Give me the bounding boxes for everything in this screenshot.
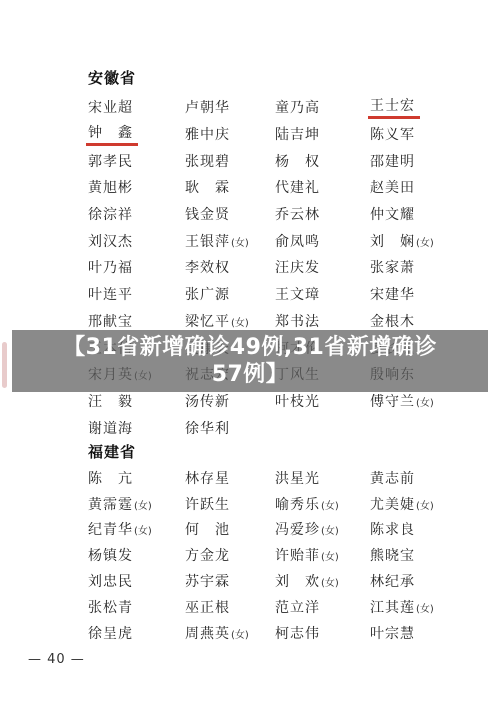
person-name: 宋业超	[88, 97, 133, 117]
person-name: 雅中庆	[185, 124, 230, 144]
name-cell: 梁忆平(女)	[185, 311, 275, 331]
name-cell: 陈求良	[370, 519, 500, 539]
document-page: 安徽省宋业超卢朝华童乃高王士宏钟 鑫雅中庆陆吉坤陈义军郭孝民张现碧杨 权邵建明黄…	[0, 0, 500, 714]
person-name: 黄旭彬	[88, 177, 133, 197]
person-name: 仲文耀	[370, 204, 415, 224]
name-cell: 王文璋	[275, 284, 370, 304]
name-cell: 徐呈虎	[88, 623, 185, 643]
table-row: 叶乃福李效权汪庆发张家萧	[0, 254, 500, 281]
female-marker: (女)	[321, 501, 339, 512]
female-marker: (女)	[231, 630, 249, 641]
person-name: 柯志伟	[275, 623, 320, 643]
name-cell: 徐淙祥	[88, 204, 185, 224]
table-row: 黄霈霆(女)许跃生喻秀乐(女)尤美婕(女)	[0, 491, 500, 517]
person-name: 赵美田	[370, 177, 415, 197]
person-name: 童乃高	[275, 97, 320, 117]
name-cell: 王士宏	[370, 95, 500, 119]
person-name: 钱金贤	[185, 204, 230, 224]
person-name: 汤传新	[185, 391, 230, 411]
table-row: 杨镇发方金龙许贻菲(女)熊晓宝	[0, 542, 500, 568]
person-name: 张广源	[185, 284, 230, 304]
name-cell: 赵美田	[370, 177, 500, 197]
name-cell: 方金龙	[185, 545, 275, 565]
person-name: 杨 权	[275, 151, 320, 171]
table-row: 刘汉杰王银萍(女)俞凤鸣刘 娴(女)	[0, 227, 500, 254]
person-name: 江其莲	[370, 597, 415, 617]
name-cell: 王银萍(女)	[185, 231, 275, 251]
person-name: 陆吉坤	[275, 124, 320, 144]
section-title: 安徽省	[88, 67, 136, 88]
person-name: 纪青华	[88, 519, 133, 539]
female-marker: (女)	[416, 398, 434, 409]
person-name: 叶枝光	[275, 391, 320, 411]
name-cell: 许跃生	[185, 494, 275, 514]
person-name: 钟 鑫	[86, 122, 138, 146]
name-cell: 范立洋	[275, 597, 370, 617]
name-cell: 刘 欢(女)	[275, 571, 370, 591]
name-cell: 叶枝光	[275, 391, 370, 411]
person-name: 刘 欢	[275, 571, 320, 591]
name-cell: 杨镇发	[88, 545, 185, 565]
person-name: 范立洋	[275, 597, 320, 617]
person-name: 陈 亢	[88, 468, 133, 488]
person-name: 邵建明	[370, 151, 415, 171]
name-cell: 黄志前	[370, 468, 500, 488]
person-name: 梁忆平	[185, 311, 230, 331]
name-cell: 金根木	[370, 311, 500, 331]
female-marker: (女)	[231, 238, 249, 249]
person-name: 叶宗慧	[370, 623, 415, 643]
name-cell: 苏宇霖	[185, 571, 275, 591]
section-title: 福建省	[88, 441, 136, 462]
headline-overlay: 【31省新增确诊49例,31省新增确诊 57例】	[12, 330, 488, 392]
name-cell: 卢朝华	[185, 97, 275, 117]
person-name: 洪星光	[275, 468, 320, 488]
person-name: 代建礼	[275, 177, 320, 197]
name-cell: 冯爱珍(女)	[275, 519, 370, 539]
name-cell: 杨 权	[275, 151, 370, 171]
person-name: 张现碧	[185, 151, 230, 171]
female-marker: (女)	[416, 238, 434, 249]
person-name: 徐华利	[185, 418, 230, 438]
person-name: 叶乃福	[88, 257, 133, 277]
person-name: 郭孝民	[88, 151, 133, 171]
name-cell: 刘汉杰	[88, 231, 185, 251]
person-name: 张家萧	[370, 257, 415, 277]
table-row: 郭孝民张现碧杨 权邵建明	[0, 147, 500, 174]
table-row: 叶连平张广源王文璋宋建华	[0, 281, 500, 308]
female-marker: (女)	[321, 526, 339, 537]
table-row: 钟 鑫雅中庆陆吉坤陈义军	[0, 121, 500, 148]
name-cell: 林存星	[185, 468, 275, 488]
person-name: 周燕英	[185, 623, 230, 643]
female-marker: (女)	[134, 526, 152, 537]
name-cell: 宋建华	[370, 284, 500, 304]
name-cell: 张现碧	[185, 151, 275, 171]
table-row: 纪青华(女)何 池冯爱珍(女)陈求良	[0, 517, 500, 543]
name-cell: 耿 霖	[185, 177, 275, 197]
name-cell: 叶连平	[88, 284, 185, 304]
name-cell: 黄旭彬	[88, 177, 185, 197]
name-cell: 纪青华(女)	[88, 519, 185, 539]
table-row: 张松青巫正根范立洋江其莲(女)	[0, 594, 500, 620]
name-cell: 傅守兰(女)	[370, 391, 500, 411]
person-name: 杨镇发	[88, 545, 133, 565]
name-cell: 俞凤鸣	[275, 231, 370, 251]
person-name: 苏宇霖	[185, 571, 230, 591]
female-marker: (女)	[416, 604, 434, 615]
headline-line-2: 57例】	[212, 361, 289, 388]
person-name: 熊晓宝	[370, 545, 415, 565]
name-cell: 许贻菲(女)	[275, 545, 370, 565]
headline-line-1: 【31省新增确诊49例,31省新增确诊	[63, 334, 437, 361]
name-cell: 雅中庆	[185, 124, 275, 144]
person-name: 耿 霖	[185, 177, 230, 197]
person-name: 喻秀乐	[275, 494, 320, 514]
name-cell: 柯志伟	[275, 623, 370, 643]
name-cell: 李效权	[185, 257, 275, 277]
name-cell: 郭孝民	[88, 151, 185, 171]
name-cell: 钟 鑫	[88, 122, 185, 146]
name-cell: 张松青	[88, 597, 185, 617]
name-cell: 周燕英(女)	[185, 623, 275, 643]
person-name: 汪庆发	[275, 257, 320, 277]
female-marker: (女)	[134, 501, 152, 512]
name-cell: 黄霈霆(女)	[88, 494, 185, 514]
name-cell: 何 池	[185, 519, 275, 539]
name-cell: 汪 毅	[88, 391, 185, 411]
person-name: 傅守兰	[370, 391, 415, 411]
name-cell: 邵建明	[370, 151, 500, 171]
person-name: 王银萍	[185, 231, 230, 251]
name-cell: 刘忠民	[88, 571, 185, 591]
name-cell: 徐华利	[185, 418, 275, 438]
female-marker: (女)	[416, 501, 434, 512]
person-name: 郑书法	[275, 311, 320, 331]
person-name: 张松青	[88, 597, 133, 617]
name-cell: 叶宗慧	[370, 623, 500, 643]
female-marker: (女)	[321, 578, 339, 589]
person-name: 林纪承	[370, 571, 415, 591]
person-name: 汪 毅	[88, 391, 133, 411]
person-name: 邢献宝	[88, 311, 133, 331]
person-name: 谢道海	[88, 418, 133, 438]
person-name: 金根木	[370, 311, 415, 331]
table-row: 宋业超卢朝华童乃高王士宏	[0, 94, 500, 121]
name-cell: 刘 娴(女)	[370, 231, 500, 251]
name-cell: 陈 亢	[88, 468, 185, 488]
name-cell: 代建礼	[275, 177, 370, 197]
table-row: 谢道海徐华利	[0, 414, 500, 441]
name-cell: 陆吉坤	[275, 124, 370, 144]
table-row: 徐呈虎周燕英(女)柯志伟叶宗慧	[0, 620, 500, 646]
person-name: 陈义军	[370, 124, 415, 144]
name-cell: 林纪承	[370, 571, 500, 591]
section-rows: 陈 亢林存星洪星光黄志前黄霈霆(女)许跃生喻秀乐(女)尤美婕(女)纪青华(女)何…	[0, 465, 500, 646]
name-cell: 仲文耀	[370, 204, 500, 224]
table-row: 徐淙祥钱金贤乔云林仲文耀	[0, 201, 500, 228]
person-name: 李效权	[185, 257, 230, 277]
person-name: 王士宏	[368, 95, 420, 119]
person-name: 叶连平	[88, 284, 133, 304]
person-name: 宋建华	[370, 284, 415, 304]
person-name: 林存星	[185, 468, 230, 488]
person-name: 刘 娴	[370, 231, 415, 251]
name-cell: 谢道海	[88, 418, 185, 438]
person-name: 黄志前	[370, 468, 415, 488]
name-cell: 熊晓宝	[370, 545, 500, 565]
person-name: 乔云林	[275, 204, 320, 224]
name-cell: 喻秀乐(女)	[275, 494, 370, 514]
name-cell: 乔云林	[275, 204, 370, 224]
person-name: 徐呈虎	[88, 623, 133, 643]
person-name: 冯爱珍	[275, 519, 320, 539]
person-name: 许贻菲	[275, 545, 320, 565]
name-cell: 汪庆发	[275, 257, 370, 277]
table-row: 黄旭彬耿 霖代建礼赵美田	[0, 174, 500, 201]
person-name: 方金龙	[185, 545, 230, 565]
name-cell: 钱金贤	[185, 204, 275, 224]
person-name: 刘汉杰	[88, 231, 133, 251]
name-cell: 汤传新	[185, 391, 275, 411]
person-name: 卢朝华	[185, 97, 230, 117]
person-name: 俞凤鸣	[275, 231, 320, 251]
table-row: 刘忠民苏宇霖刘 欢(女)林纪承	[0, 568, 500, 594]
person-name: 何 池	[185, 519, 230, 539]
name-cell: 童乃高	[275, 97, 370, 117]
name-cell: 巫正根	[185, 597, 275, 617]
person-name: 巫正根	[185, 597, 230, 617]
person-name: 陈求良	[370, 519, 415, 539]
name-cell: 张家萧	[370, 257, 500, 277]
person-name: 尤美婕	[370, 494, 415, 514]
name-cell: 郑书法	[275, 311, 370, 331]
name-cell: 张广源	[185, 284, 275, 304]
person-name: 徐淙祥	[88, 204, 133, 224]
table-row: 陈 亢林存星洪星光黄志前	[0, 465, 500, 491]
name-cell: 叶乃福	[88, 257, 185, 277]
female-marker: (女)	[321, 552, 339, 563]
person-name: 王文璋	[275, 284, 320, 304]
person-name: 刘忠民	[88, 571, 133, 591]
name-cell: 江其莲(女)	[370, 597, 500, 617]
person-name: 黄霈霆	[88, 494, 133, 514]
name-cell: 洪星光	[275, 468, 370, 488]
female-marker: (女)	[231, 318, 249, 329]
person-name: 许跃生	[185, 494, 230, 514]
name-cell: 宋业超	[88, 97, 185, 117]
name-cell: 陈义军	[370, 124, 500, 144]
page-number: — 40 —	[28, 652, 85, 667]
name-cell: 尤美婕(女)	[370, 494, 500, 514]
name-cell: 邢献宝	[88, 311, 185, 331]
